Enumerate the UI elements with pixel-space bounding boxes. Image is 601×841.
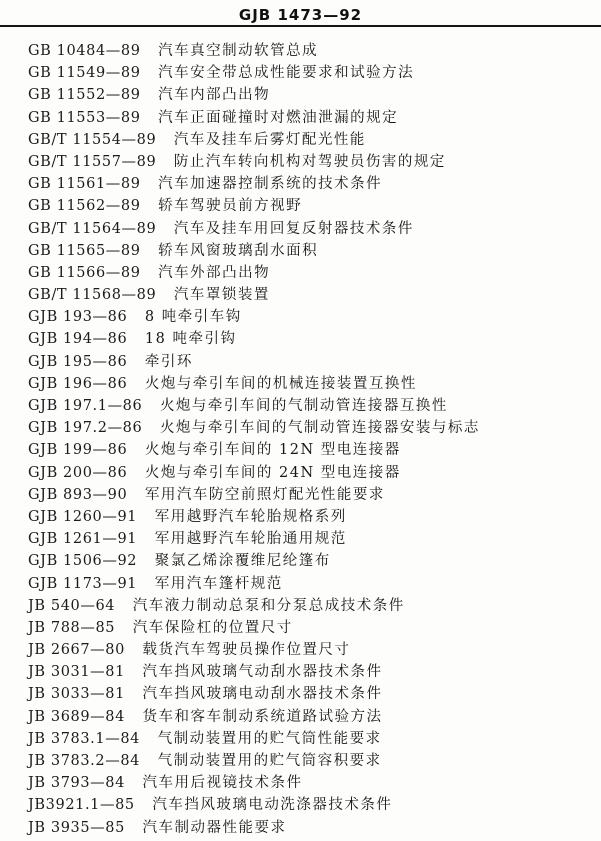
standard-entry: GB 11552—89 汽车内部凸出物 xyxy=(28,84,601,106)
standard-code: GJB 193—86 xyxy=(28,306,127,328)
standard-entry: GJB 1261—91 军用越野汽车轮胎通用规范 xyxy=(28,528,601,550)
standard-title: 8 吨牵引车钩 xyxy=(145,309,242,325)
standard-entry: GB/T 11554—89 汽车及挂车后雾灯配光性能 xyxy=(28,129,601,151)
standard-title: 火炮与牵引车间的气制动管连接器互换性 xyxy=(160,398,448,414)
standard-code: GB 11549—89 xyxy=(28,62,141,84)
standard-code: GB/T 11568—89 xyxy=(28,284,156,306)
standard-code: JB 3689—84 xyxy=(28,706,125,728)
standard-entry: GB 11553—89 汽车正面碰撞时对燃油泄漏的规定 xyxy=(28,107,601,129)
standard-entry: GJB 1260—91 军用越野汽车轮胎规格系列 xyxy=(28,506,601,528)
standard-code: JB 788—85 xyxy=(28,617,115,639)
standard-entry: GB 11549—89 汽车安全带总成性能要求和试验方法 xyxy=(28,62,601,84)
standard-entry: JB 3033—81 汽车挡风玻璃电动刮水器技术条件 xyxy=(28,683,601,705)
standard-code: GB/T 11557—89 xyxy=(28,151,156,173)
standard-code: GB 11561—89 xyxy=(28,173,141,195)
standard-code: GJB 893—90 xyxy=(28,484,127,506)
standard-title: 军用越野汽车轮胎通用规范 xyxy=(155,531,347,547)
standard-code: GB 11565—89 xyxy=(28,240,141,262)
standard-title: 火炮与牵引车间的气制动管连接器安装与标志 xyxy=(160,420,480,436)
standard-code: GJB 1261—91 xyxy=(28,528,137,550)
standard-title: 汽车液力制动总泵和分泵总成技术条件 xyxy=(133,598,405,614)
standard-code: GJB 194—86 xyxy=(28,328,127,350)
standard-entry: GJB 893—90 军用汽车防空前照灯配光性能要求 xyxy=(28,484,601,506)
standard-entry: JB 3793—84 汽车用后视镜技术条件 xyxy=(28,772,601,794)
standard-code: JB 2667—80 xyxy=(28,639,125,661)
standard-entry: JB 3935—85 汽车制动器性能要求 xyxy=(28,817,601,839)
standard-title: 汽车真空制动软管总成 xyxy=(158,43,318,59)
standard-entry: GB 11562—89 轿车驾驶员前方视野 xyxy=(28,195,601,217)
standard-code: JB 3935—85 xyxy=(28,817,125,839)
standard-code: GJB 200—86 xyxy=(28,462,127,484)
standard-code: GB 10484—89 xyxy=(28,40,141,62)
standard-entry: GJB 199—86 火炮与牵引车间的 12N 型电连接器 xyxy=(28,439,601,461)
standard-entry: GB/T 11564—89 汽车及挂车用回复反射器技术条件 xyxy=(28,218,601,240)
standard-code: GJB 1173—91 xyxy=(28,573,137,595)
standard-entry: GJB 193—86 8 吨牵引车钩 xyxy=(28,306,601,328)
standard-title: 18 吨牵引钩 xyxy=(145,331,237,347)
standard-title: 轿车驾驶员前方视野 xyxy=(158,198,302,214)
standard-title: 火炮与牵引车间的 24N 型电连接器 xyxy=(145,465,401,481)
standard-title: 聚氯乙烯涂覆维尼纶篷布 xyxy=(155,553,331,569)
standard-code: GJB 1506—92 xyxy=(28,550,137,572)
standard-entry: GJB 196—86 火炮与牵引车间的机械连接装置互换性 xyxy=(28,373,601,395)
standard-title: 防止汽车转向机构对驾驶员伤害的规定 xyxy=(174,154,446,170)
standards-list: GB 10484—89 汽车真空制动软管总成 GB 11549—89 汽车安全带… xyxy=(0,40,601,839)
standard-title: 火炮与牵引车间的 12N 型电连接器 xyxy=(145,442,401,458)
document-page: GJB 1473—92 GB 10484—89 汽车真空制动软管总成 GB 11… xyxy=(0,0,601,841)
standard-entry: GJB 200—86 火炮与牵引车间的 24N 型电连接器 xyxy=(28,462,601,484)
standard-code: GB 11553—89 xyxy=(28,107,141,129)
standard-entry: JB 540—64 汽车液力制动总泵和分泵总成技术条件 xyxy=(28,595,601,617)
standard-code: GJB 197.1—86 xyxy=(28,395,142,417)
standard-title: 货车和客车制动系统道路试验方法 xyxy=(143,709,383,725)
page-header: GJB 1473—92 xyxy=(0,0,601,22)
standard-title: 轿车风窗玻璃刮水面积 xyxy=(158,243,318,259)
standard-title: 汽车用后视镜技术条件 xyxy=(143,775,303,791)
standard-title: 火炮与牵引车间的机械连接装置互换性 xyxy=(145,376,417,392)
standard-title: 汽车正面碰撞时对燃油泄漏的规定 xyxy=(158,110,398,126)
standard-code: JB3921.1—85 xyxy=(28,794,135,816)
standard-code: JB 3793—84 xyxy=(28,772,125,794)
standard-title: 汽车制动器性能要求 xyxy=(143,820,287,836)
standard-title: 汽车及挂车后雾灯配光性能 xyxy=(174,132,366,148)
standard-code: GJB 196—86 xyxy=(28,373,127,395)
standard-entry: GB/T 11568—89 汽车罩锁装置 xyxy=(28,284,601,306)
standard-entry: JB 788—85 汽车保险杠的位置尺寸 xyxy=(28,617,601,639)
standard-title: 汽车挡风玻璃电动刮水器技术条件 xyxy=(143,686,383,702)
standard-code: JB 3033—81 xyxy=(28,683,125,705)
standard-entry: GJB 197.2—86 火炮与牵引车间的气制动管连接器安装与标志 xyxy=(28,417,601,439)
header-rule xyxy=(0,25,601,27)
standard-entry: GJB 1173—91 军用汽车篷杆规范 xyxy=(28,573,601,595)
standard-code: GJB 197.2—86 xyxy=(28,417,142,439)
standard-entry: GB 11565—89 轿车风窗玻璃刮水面积 xyxy=(28,240,601,262)
standard-title: 气制动装置用的贮气筒容积要求 xyxy=(158,753,382,769)
standard-entry: GJB 197.1—86 火炮与牵引车间的气制动管连接器互换性 xyxy=(28,395,601,417)
standard-title: 汽车挡风玻璃气动刮水器技术条件 xyxy=(143,664,383,680)
standard-title: 汽车内部凸出物 xyxy=(158,87,270,103)
standard-title: 汽车挡风玻璃电动洗涤器技术条件 xyxy=(152,797,392,813)
standard-entry: GJB 1506—92 聚氯乙烯涂覆维尼纶篷布 xyxy=(28,550,601,572)
standard-entry: JB 3783.2—84 气制动装置用的贮气筒容积要求 xyxy=(28,750,601,772)
standard-code: JB 3031—81 xyxy=(28,661,125,683)
standard-title: 汽车保险杠的位置尺寸 xyxy=(133,620,293,636)
standard-entry: JB 2667—80 载货汽车驾驶员操作位置尺寸 xyxy=(28,639,601,661)
standard-entry: GJB 195—86 牵引环 xyxy=(28,351,601,373)
standard-title: 军用越野汽车轮胎规格系列 xyxy=(155,509,347,525)
standard-title: 汽车安全带总成性能要求和试验方法 xyxy=(158,65,414,81)
standard-title: 汽车加速器控制系统的技术条件 xyxy=(158,176,382,192)
standard-code: JB 540—64 xyxy=(28,595,115,617)
standard-code: GB 11566—89 xyxy=(28,262,141,284)
standard-entry: JB3921.1—85 汽车挡风玻璃电动洗涤器技术条件 xyxy=(28,794,601,816)
standard-title: 汽车罩锁装置 xyxy=(174,287,270,303)
standard-entry: GB 11566—89 汽车外部凸出物 xyxy=(28,262,601,284)
standard-title: 汽车外部凸出物 xyxy=(158,265,270,281)
standard-entry: JB 3031—81 汽车挡风玻璃气动刮水器技术条件 xyxy=(28,661,601,683)
standard-code: JB 3783.1—84 xyxy=(28,728,140,750)
standard-entry: GB 11561—89 汽车加速器控制系统的技术条件 xyxy=(28,173,601,195)
standard-title: 牵引环 xyxy=(145,354,193,370)
standard-code: GB 11562—89 xyxy=(28,195,141,217)
standard-code: GJB 199—86 xyxy=(28,439,127,461)
standard-title: 载货汽车驾驶员操作位置尺寸 xyxy=(143,642,351,658)
standard-title: 汽车及挂车用回复反射器技术条件 xyxy=(174,221,414,237)
standard-code: GB 11552—89 xyxy=(28,84,141,106)
standard-code: GB/T 11554—89 xyxy=(28,129,156,151)
standard-number-header: GJB 1473—92 xyxy=(239,6,362,24)
standard-title: 军用汽车防空前照灯配光性能要求 xyxy=(145,487,385,503)
standard-code: JB 3783.2—84 xyxy=(28,750,140,772)
standard-title: 军用汽车篷杆规范 xyxy=(155,576,283,592)
standard-title: 气制动装置用的贮气筒性能要求 xyxy=(158,731,382,747)
standard-entry: GB/T 11557—89 防止汽车转向机构对驾驶员伤害的规定 xyxy=(28,151,601,173)
standard-code: GB/T 11564—89 xyxy=(28,218,156,240)
standard-entry: GB 10484—89 汽车真空制动软管总成 xyxy=(28,40,601,62)
standard-entry: JB 3689—84 货车和客车制动系统道路试验方法 xyxy=(28,706,601,728)
standard-entry: GJB 194—86 18 吨牵引钩 xyxy=(28,328,601,350)
standard-code: GJB 1260—91 xyxy=(28,506,137,528)
standard-code: GJB 195—86 xyxy=(28,351,127,373)
standard-entry: JB 3783.1—84 气制动装置用的贮气筒性能要求 xyxy=(28,728,601,750)
